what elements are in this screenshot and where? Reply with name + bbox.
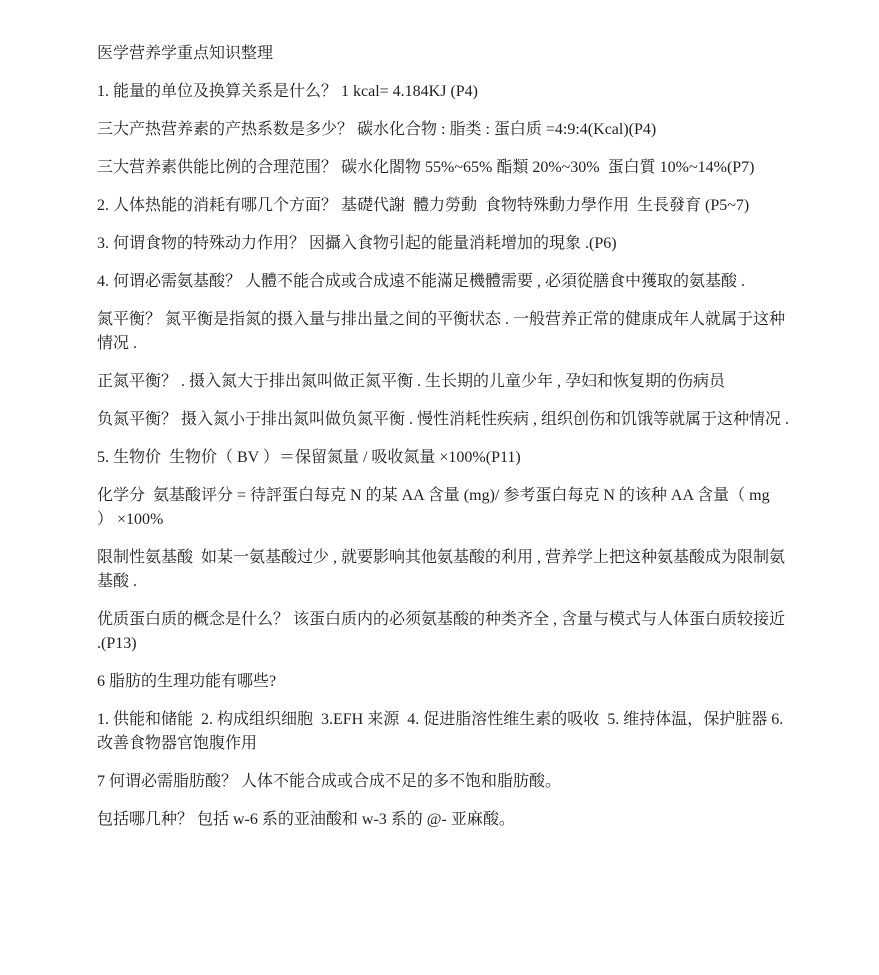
- paragraph: 正氮平衡？ . 摄入氮大于排出氮叫做正氮平衡 . 生长期的儿童少年 , 孕妇和恢…: [97, 370, 789, 394]
- paragraph: 限制性氨基酸 如某一氨基酸过少 , 就要影响其他氨基酸的利用 , 营养学上把这种…: [97, 546, 789, 594]
- paragraph: 化学分 氨基酸评分 = 待評蛋白每克 N 的某 AA 含量 (mg)/ 参考蛋白…: [97, 484, 789, 532]
- paragraph: 优质蛋白质的概念是什么？ 该蛋白质内的必须氨基酸的种类齐全 , 含量与模式与人体…: [97, 608, 789, 656]
- document-page: 医学营养学重点知识整理 1. 能量的单位及换算关系是什么？ 1 kcal= 4.…: [0, 0, 879, 975]
- document-title: 医学营养学重点知识整理: [97, 42, 789, 66]
- paragraph: 5. 生物价 生物价（ BV ）＝保留氮量 / 吸收氮量 ×100%(P11): [97, 446, 789, 470]
- paragraph: 三大营养素供能比例的合理范围？ 碳水化閤物 55%~65% 酯類 20%~30%…: [97, 156, 789, 180]
- paragraph: 1. 供能和储能 2. 构成组织细胞 3.EFH 来源 4. 促进脂溶性维生素的…: [97, 708, 789, 756]
- paragraph: 3. 何谓食物的特殊动力作用？ 因攝入食物引起的能量消耗增加的現象 .(P6): [97, 232, 789, 256]
- paragraph: 7 何谓必需脂肪酸？ 人体不能合成或合成不足的多不饱和脂肪酸。: [97, 770, 789, 794]
- paragraph: 包括哪几种？ 包括 w-6 系的亚油酸和 w-3 系的 @- 亚麻酸。: [97, 808, 789, 832]
- paragraph: 4. 何谓必需氨基酸？ 人體不能合成或合成遠不能滿足機體需要 , 必須從膳食中獲…: [97, 270, 789, 294]
- paragraph: 三大产热营养素的产热系数是多少？ 碳水化合物 : 脂类 : 蛋白质 =4:9:4…: [97, 118, 789, 142]
- paragraph: 负氮平衡？ 摄入氮小于排出氮叫做负氮平衡 . 慢性消耗性疾病 , 组织创伤和饥饿…: [97, 408, 789, 432]
- paragraph: 2. 人体热能的消耗有哪几个方面？ 基礎代謝 體力勞動 食物特殊動力學作用 生長…: [97, 194, 789, 218]
- paragraph: 6 脂肪的生理功能有哪些?: [97, 670, 789, 694]
- paragraph: 氮平衡？ 氮平衡是指氮的摄入量与排出量之间的平衡状态 . 一般营养正常的健康成年…: [97, 308, 789, 356]
- paragraph: 1. 能量的单位及换算关系是什么？ 1 kcal= 4.184KJ (P4): [97, 80, 789, 104]
